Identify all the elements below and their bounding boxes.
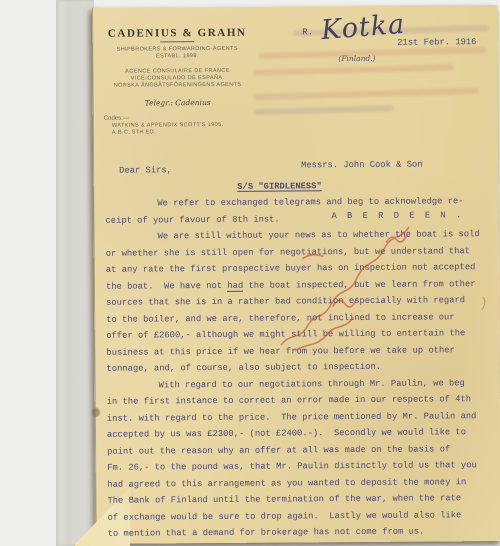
bleed-through-text — [254, 88, 480, 100]
letterhead: CADENIUS & GRAHN SHIPBROKERS & FORWARDIN… — [101, 27, 254, 137]
ink-stain — [92, 408, 100, 417]
body-line: accepted by us was £2300,- (not £2400.-)… — [107, 424, 493, 443]
body-line: We are still without your news as to whe… — [106, 226, 492, 245]
date-line: 21st Febr. 1916 — [397, 37, 476, 48]
body-line: to mention that a demand for brokerage h… — [108, 523, 494, 542]
letter-body: Dear Sirs, S/S "GIRDLENESS" We refer to … — [105, 160, 494, 542]
underlying-page-edge — [56, 0, 94, 546]
code-abc: A.B.C. 5TH ED. — [104, 129, 254, 137]
body-line: at any rate the first prospective buyer … — [106, 259, 492, 278]
body-line: sources that she is in a rather bad cond… — [106, 292, 492, 311]
bleed-through-text — [254, 105, 394, 115]
codes-label: Codes:— — [104, 115, 254, 122]
country-line: (Finland.) — [338, 54, 375, 63]
telegraph-address: Telegr.: Cadenius — [102, 98, 254, 108]
letter-paper: CADENIUS & GRAHN SHIPBROKERS & FORWARDIN… — [92, 5, 500, 544]
body-line: offer of £2600,- although we might still… — [106, 325, 492, 344]
agency-line-norway: NORSKA ÅNGBÅTSFÖRENINGENS AGENTS — [102, 82, 254, 90]
underlined-word: had — [227, 280, 243, 291]
body-line: of exchange would be sure to drop again.… — [108, 507, 494, 526]
body-line: Fm. 26,- to the pound was, that Mr. Paul… — [107, 457, 493, 476]
body-line: The Bank of Finland until the terminatio… — [107, 490, 493, 509]
company-name: CADENIUS & GRAHN — [101, 27, 253, 40]
body-line: We refer to exchanged telegrams and beg … — [105, 193, 491, 212]
body-line: business at this price if we hear from y… — [106, 342, 492, 361]
letterhead-rule — [160, 41, 194, 42]
codes-block: Codes:— WATKINS & APPENDIX SCOTT'S 1905.… — [102, 115, 254, 137]
place-script: Kotka — [320, 9, 406, 46]
body-line: in the first instance to correct an erro… — [107, 391, 493, 410]
ship-name: S/S "GIRDLENESS" — [237, 181, 322, 192]
bleed-through-text — [253, 64, 453, 76]
reference-mark: R. — [302, 27, 313, 37]
